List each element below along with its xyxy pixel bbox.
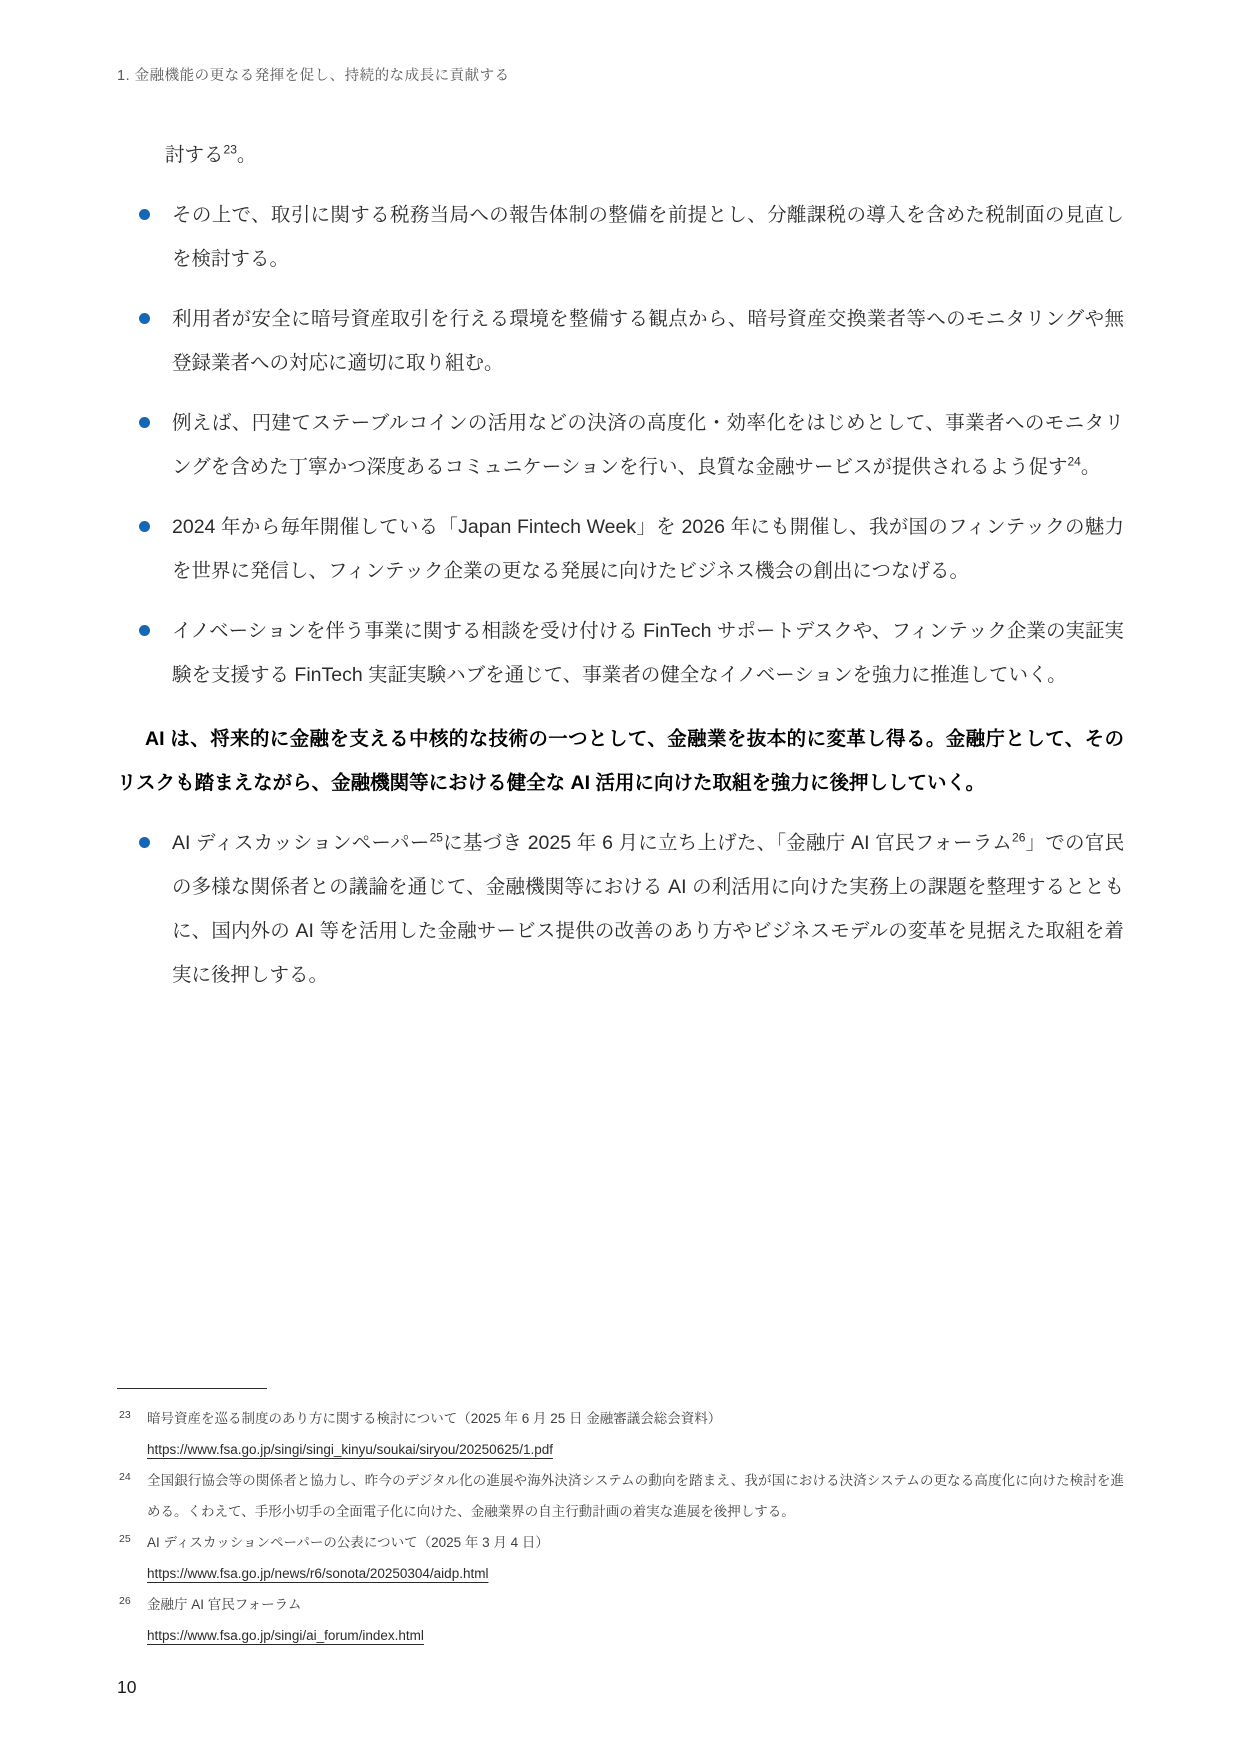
- bullet-text: AI ディスカッションペーパー: [172, 832, 430, 854]
- footnote-ref-26[interactable]: 26: [1012, 831, 1025, 845]
- footnote-23: 23 暗号資産を巡る制度のあり方に関する検討について（2025 年 6 月 25…: [117, 1403, 1124, 1465]
- footnote-ref-23[interactable]: 23: [224, 143, 237, 157]
- footnote-24: 24 全国銀行協会等の関係者と協力し、昨今のデジタル化の進展や海外決済システムの…: [117, 1465, 1124, 1527]
- footnote-link[interactable]: https://www.fsa.go.jp/singi/singi_kinyu/…: [147, 1434, 553, 1465]
- footnote-text: 全国銀行協会等の関係者と協力し、昨今のデジタル化の進展や海外決済システムの動向を…: [147, 1473, 1124, 1519]
- bullet-icon: [139, 209, 150, 220]
- bullet-icon: [139, 521, 150, 532]
- bullet-icon: [139, 837, 150, 848]
- bullet-text: 利用者が安全に暗号資産取引を行える環境を整備する観点から、暗号資産交換業者等への…: [172, 308, 1124, 374]
- bullet-text: その上で、取引に関する税務当局への報告体制の整備を前提とし、分離課税の導入を含め…: [172, 204, 1124, 270]
- footnote-separator: [117, 1388, 267, 1389]
- footnote-link[interactable]: https://www.fsa.go.jp/singi/ai_forum/ind…: [147, 1620, 424, 1651]
- bullet-item-stablecoin: 例えば、円建てステーブルコインの活用などの決済の高度化・効率化をはじめとして、事…: [117, 401, 1124, 489]
- footnote-ref-25[interactable]: 25: [430, 831, 443, 845]
- bullet-item-fintech-week: 2024 年から毎年開催している「Japan Fintech Week」を 20…: [117, 505, 1124, 593]
- continued-paragraph: 討する23。: [117, 133, 1124, 177]
- running-header: 1. 金融機能の更なる発揮を促し、持続的な成長に貢献する: [117, 64, 1124, 85]
- footnote-area: 23 暗号資産を巡る制度のあり方に関する検討について（2025 年 6 月 25…: [117, 1388, 1124, 1698]
- page-content: 討する23。 その上で、取引に関する税務当局への報告体制の整備を前提とし、分離課…: [117, 133, 1124, 1013]
- bullet-text: 」での官民の多様な関係者との議論を通じて、金融機関等における AI の利活用に向…: [172, 832, 1124, 986]
- bullet-text: イノベーションを伴う事業に関する相談を受け付ける FinTech サポートデスク…: [172, 620, 1124, 686]
- document-page: 1. 金融機能の更なる発揮を促し、持続的な成長に貢献する 討する23。 その上で…: [0, 0, 1241, 1754]
- footnote-25: 25 AI ディスカッションペーパーの公表について（2025 年 3 月 4 日…: [117, 1527, 1124, 1589]
- ai-bold-paragraph: AI は、将来的に金融を支える中核的な技術の一つとして、金融業を抜本的に変革し得…: [117, 717, 1124, 805]
- footnote-ref-24[interactable]: 24: [1067, 455, 1080, 469]
- footnote-number: 23: [119, 1400, 131, 1431]
- page-number: 10: [117, 1677, 1124, 1698]
- bullet-list: その上で、取引に関する税務当局への報告体制の整備を前提とし、分離課税の導入を含め…: [117, 193, 1124, 697]
- ai-bullet-list: AI ディスカッションペーパー25に基づき 2025 年 6 月に立ち上げた、「…: [117, 821, 1124, 997]
- bullet-item-tax: その上で、取引に関する税務当局への報告体制の整備を前提とし、分離課税の導入を含め…: [117, 193, 1124, 281]
- footnote-text: 暗号資産を巡る制度のあり方に関する検討について（2025 年 6 月 25 日 …: [147, 1411, 721, 1426]
- bullet-icon: [139, 313, 150, 324]
- bullet-text: に基づき 2025 年 6 月に立ち上げた、「金融庁 AI 官民フォーラム: [443, 832, 1012, 854]
- continued-text: 討する: [165, 144, 224, 166]
- footnote-link[interactable]: https://www.fsa.go.jp/news/r6/sonota/202…: [147, 1558, 488, 1589]
- footnote-number: 25: [119, 1524, 131, 1555]
- bullet-item-crypto-monitoring: 利用者が安全に暗号資産取引を行える環境を整備する観点から、暗号資産交換業者等への…: [117, 297, 1124, 385]
- footnote-number: 26: [119, 1586, 131, 1617]
- bullet-icon: [139, 625, 150, 636]
- footnote-26: 26 金融庁 AI 官民フォーラム https://www.fsa.go.jp/…: [117, 1589, 1124, 1651]
- bullet-icon: [139, 417, 150, 428]
- bullet-text: 2024 年から毎年開催している「Japan Fintech Week」を 20…: [172, 516, 1124, 582]
- bullet-item-fintech-support: イノベーションを伴う事業に関する相談を受け付ける FinTech サポートデスク…: [117, 609, 1124, 697]
- footnote-text: AI ディスカッションペーパーの公表について（2025 年 3 月 4 日）: [147, 1535, 549, 1550]
- footnote-number: 24: [119, 1462, 131, 1493]
- bullet-text: 例えば、円建てステーブルコインの活用などの決済の高度化・効率化をはじめとして、事…: [172, 412, 1124, 478]
- footnote-text: 金融庁 AI 官民フォーラム: [147, 1597, 301, 1612]
- bullet-item-ai-forum: AI ディスカッションペーパー25に基づき 2025 年 6 月に立ち上げた、「…: [117, 821, 1124, 997]
- continued-suffix: 。: [237, 144, 257, 166]
- bullet-suffix: 。: [1081, 456, 1101, 478]
